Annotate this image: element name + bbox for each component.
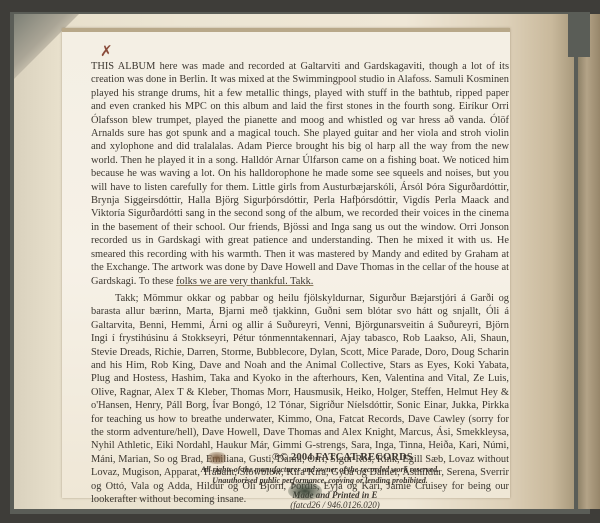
credits-body: THIS ALBUM here was made and recorded at… bbox=[91, 61, 509, 287]
rights-line-2: Unauthorised public performance, copying… bbox=[200, 476, 440, 485]
top-right-corner bbox=[568, 12, 590, 57]
copyright-line: ℗© 2004 FATCAT RECORDS bbox=[245, 452, 440, 463]
right-edge-strip bbox=[578, 14, 600, 509]
footer-credits: ℗© 2004 FATCAT RECORDS All rights of the… bbox=[200, 452, 440, 510]
credits-paragraph: THIS ALBUM here was made and recorded at… bbox=[91, 60, 509, 288]
handwritten-x-mark-icon: ✗ bbox=[100, 44, 114, 60]
ink-stain bbox=[288, 482, 322, 500]
catalog-number: (fatcd26 / 946.0126.020) bbox=[230, 500, 440, 510]
credits-closing: folks we are very thankful. Takk. bbox=[176, 276, 313, 287]
made-in-line: Made and Printed in E bbox=[230, 490, 440, 500]
rights-line-1: All rights of the manufacturer and owner… bbox=[200, 465, 440, 474]
liner-notes-text: THIS ALBUM here was made and recorded at… bbox=[91, 60, 509, 506]
paper-top-edge bbox=[62, 28, 510, 32]
